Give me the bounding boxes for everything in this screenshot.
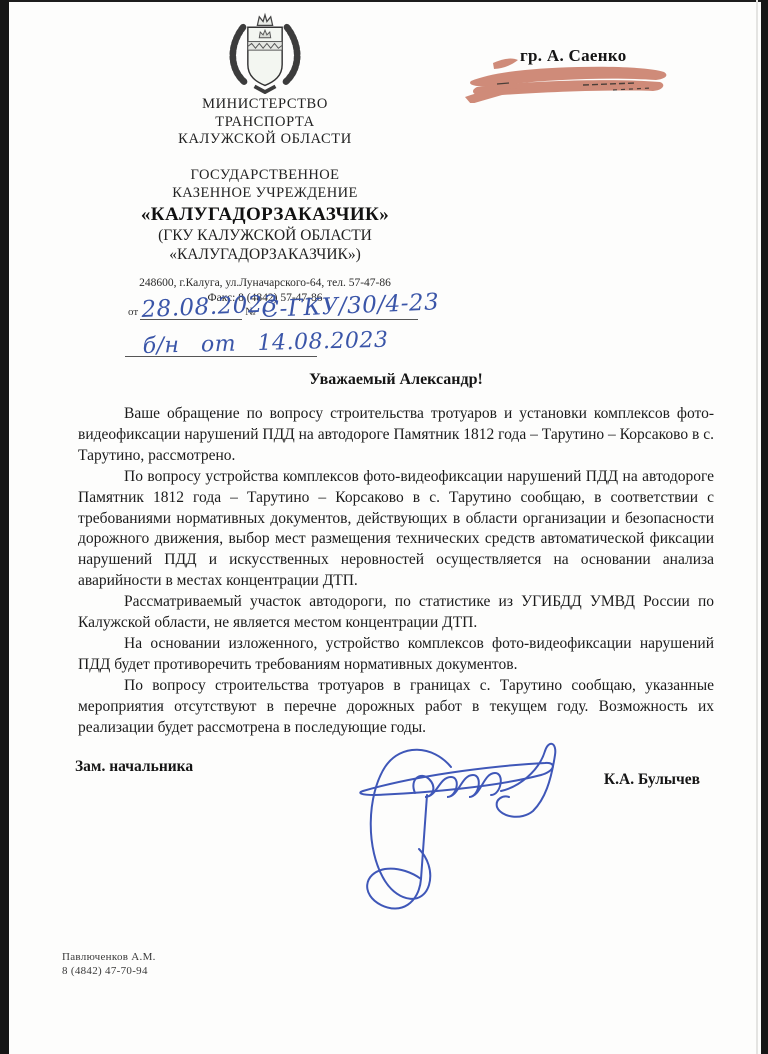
body-paragraph: По вопросу строительства тротуаров в гра… [78, 676, 714, 739]
signer-name: К.А. Булычев [604, 771, 700, 789]
scan-edge-right [761, 0, 768, 1054]
body-paragraph: Рассматриваемый участок автодороги, по с… [78, 592, 714, 634]
signer-position: Зам. начальника [75, 758, 193, 789]
body-paragraph: На основании изложенного, устройство ком… [78, 634, 714, 676]
scan-edge-left [0, 0, 9, 1054]
outgoing-number-handwritten: С-ГКУ/30/4-23 [261, 289, 440, 323]
institution-type-line: КАЗЕННОЕ УЧРЕЖДЕНИЕ [70, 184, 460, 202]
ministry-line: МИНИСТЕРСТВО [70, 96, 460, 114]
from-label: от [128, 306, 138, 320]
institution-abbreviation-line: «КАЛУГАДОРЗАКАЗЧИК») [70, 245, 460, 265]
outgoing-number-field: С-ГКУ/30/4-23 [260, 285, 418, 320]
recipient-name: гр. А. Саенко [520, 46, 627, 66]
salutation: Уважаемый Александр! [78, 371, 714, 389]
ministry-name: МИНИСТЕРСТВО ТРАНСПОРТА КАЛУЖСКОЙ ОБЛАСТ… [70, 96, 460, 149]
reference-line-outgoing: от 28.08.2023 № С-ГКУ/30/4-23 [128, 286, 428, 320]
institution-abbreviation: (ГКУ КАЛУЖСКОЙ ОБЛАСТИ «КАЛУГАДОРЗАКАЗЧИ… [70, 226, 460, 265]
ministry-line: ТРАНСПОРТА [70, 114, 460, 132]
reference-block: от 28.08.2023 № С-ГКУ/30/4-23 б/н от 14.… [128, 286, 428, 357]
executor-phone: 8 (4842) 47-70-94 [62, 964, 156, 978]
body-paragraph: По вопросу устройства комплексов фото-ви… [78, 467, 714, 592]
coat-of-arms-icon [222, 12, 308, 94]
executor-name: Павлюченков А.М. [62, 950, 156, 964]
executor-block: Павлюченков А.М. 8 (4842) 47-70-94 [62, 950, 156, 978]
ministry-line: КАЛУЖСКОЙ ОБЛАСТИ [70, 131, 460, 149]
institution-name: «КАЛУГАДОРЗАКАЗЧИК» [70, 204, 460, 226]
incoming-reference-field: б/н от 14.08.2023 [125, 324, 317, 357]
institution-abbreviation-line: (ГКУ КАЛУЖСКОЙ ОБЛАСТИ [70, 226, 460, 246]
body-paragraph: Ваше обращение по вопросу строительства … [78, 404, 714, 467]
outgoing-date-field: 28.08.2023 [140, 285, 242, 320]
outgoing-date-handwritten: 28.08.2023 [141, 291, 279, 323]
signature-handwritten [305, 737, 590, 922]
letterhead: МИНИСТЕРСТВО ТРАНСПОРТА КАЛУЖСКОЙ ОБЛАСТ… [70, 12, 460, 307]
scan-edge-top [0, 0, 768, 2]
institution-type-line: ГОСУДАРСТВЕННОЕ [70, 166, 460, 184]
letter-page: МИНИСТЕРСТВО ТРАНСПОРТА КАЛУЖСКОЙ ОБЛАСТ… [0, 0, 768, 1054]
letter-body: Ваше обращение по вопросу строительства … [78, 404, 714, 739]
incoming-reference-handwritten: б/н от 14.08.2023 [142, 328, 388, 359]
institution-type: ГОСУДАРСТВЕННОЕ КАЗЕННОЕ УЧРЕЖДЕНИЕ [70, 166, 460, 202]
scan-edge-shadow [756, 0, 758, 1054]
